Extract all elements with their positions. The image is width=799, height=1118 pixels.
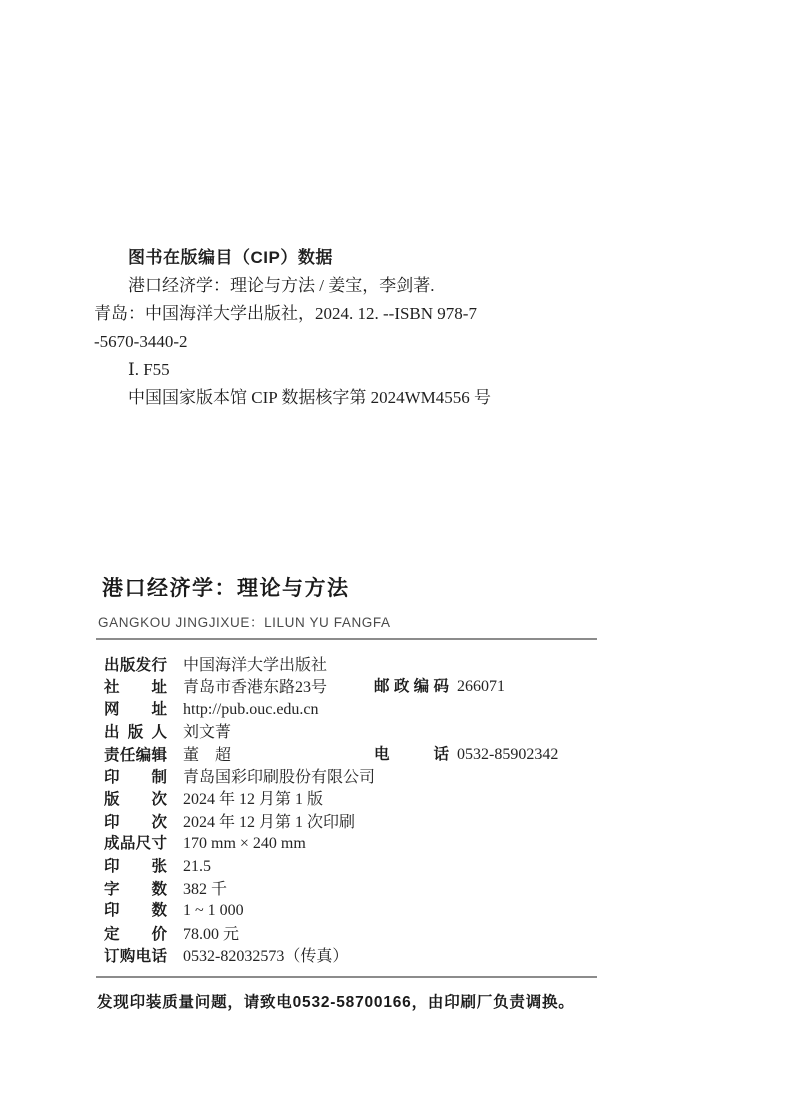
field-value: 0532-82032573（传真） (183, 943, 348, 966)
field-label: 出版人 (104, 720, 167, 742)
field-label: 网址 (104, 697, 167, 719)
cip-block: 图书在版编目（CIP）数据 港口经济学：理论与方法 / 姜宝，李剑著.青岛：中国… (94, 244, 654, 412)
divider-bottom (96, 976, 597, 978)
field-value: 青岛市香港东路23号 (183, 674, 327, 697)
field-label: 印张 (104, 854, 167, 876)
title-block: 港口经济学：理论与方法 GANGKOU JINGJIXUE：LILUN YU F… (102, 576, 391, 631)
cip-line: 青岛：中国海洋大学出版社，2024. 12. --ISBN 978-7 (94, 300, 654, 328)
colophon-row: 责任编辑董 超电话0532-85902342 (104, 742, 704, 764)
field-label: 社址 (104, 675, 167, 697)
colophon-row: 定价78.00 元 (104, 921, 704, 943)
field-value: 中国海洋大学出版社 (183, 652, 327, 675)
book-title-pinyin: GANGKOU JINGJIXUE：LILUN YU FANGFA (98, 611, 391, 631)
cip-line: 港口经济学：理论与方法 / 姜宝，李剑著. (94, 272, 654, 300)
field-label: 定价 (104, 922, 167, 944)
copyright-page: { "cip": { "heading": "图书在版编目（CIP）数据", "… (0, 0, 799, 1118)
field-value: 董 超 (183, 742, 231, 765)
book-title: 港口经济学：理论与方法 (102, 576, 391, 602)
colophon-row: 出版人刘文菁 (104, 719, 704, 741)
field-label: 字数 (104, 877, 167, 899)
secondary-field: 电话0532-85902342 (374, 742, 558, 764)
secondary-field: 邮政编码266071 (374, 674, 505, 696)
field-value: 0532-85902342 (457, 746, 558, 764)
field-value: 382 千 (183, 876, 227, 899)
field-label: 成品尺寸 (104, 831, 167, 853)
field-value: 266071 (457, 678, 505, 696)
field-label: 印数 (104, 898, 167, 920)
field-value: http://pub.ouc.edu.cn (183, 701, 319, 719)
print-quality-note: 发现印装质量问题，请致电0532-58700166，由印刷厂负责调换。 (97, 990, 575, 1012)
field-label: 订购电话 (104, 944, 167, 966)
field-label: 责任编辑 (104, 743, 167, 765)
field-label: 版次 (104, 787, 167, 809)
field-label: 电话 (374, 742, 449, 764)
field-value: 78.00 元 (183, 921, 239, 944)
colophon-table: 出版发行中国海洋大学出版社社址青岛市香港东路23号邮政编码266071网址htt… (104, 652, 704, 965)
field-value: 21.5 (183, 858, 211, 876)
field-value: 2024 年 12 月第 1 版 (183, 786, 323, 809)
divider-top (96, 638, 597, 640)
cip-body: 港口经济学：理论与方法 / 姜宝，李剑著.青岛：中国海洋大学出版社，2024. … (94, 272, 654, 412)
colophon-row: 字数382 千 (104, 876, 704, 898)
field-label: 出版发行 (104, 653, 167, 675)
colophon-row: 印次2024 年 12 月第 1 次印刷 (104, 809, 704, 831)
field-label: 印次 (104, 810, 167, 832)
colophon-row: 订购电话0532-82032573（传真） (104, 943, 704, 965)
cip-heading: 图书在版编目（CIP）数据 (94, 244, 654, 272)
field-label: 印制 (104, 765, 167, 787)
colophon-row: 出版发行中国海洋大学出版社 (104, 652, 704, 674)
colophon-row: 网址http://pub.ouc.edu.cn (104, 697, 704, 719)
colophon-row: 成品尺寸170 mm × 240 mm (104, 831, 704, 853)
cip-line: -5670-3440-2 (94, 328, 654, 356)
field-value: 2024 年 12 月第 1 次印刷 (183, 809, 355, 832)
cip-line: Ⅰ. F55 (94, 356, 654, 384)
colophon-row: 印制青岛国彩印刷股份有限公司 (104, 764, 704, 786)
field-value: 青岛国彩印刷股份有限公司 (183, 764, 375, 787)
colophon-row: 版次2024 年 12 月第 1 版 (104, 786, 704, 808)
field-value: 170 mm × 240 mm (183, 835, 306, 853)
field-label: 邮政编码 (374, 674, 449, 696)
cip-line: 中国国家版本馆 CIP 数据核字第 2024WM4556 号 (94, 384, 654, 412)
colophon-row: 印张21.5 (104, 854, 704, 876)
field-value: 1 ~ 1 000 (183, 902, 244, 920)
colophon-row: 社址青岛市香港东路23号邮政编码266071 (104, 674, 704, 696)
colophon-row: 印数1 ~ 1 000 (104, 898, 704, 920)
field-value: 刘文菁 (183, 719, 231, 742)
